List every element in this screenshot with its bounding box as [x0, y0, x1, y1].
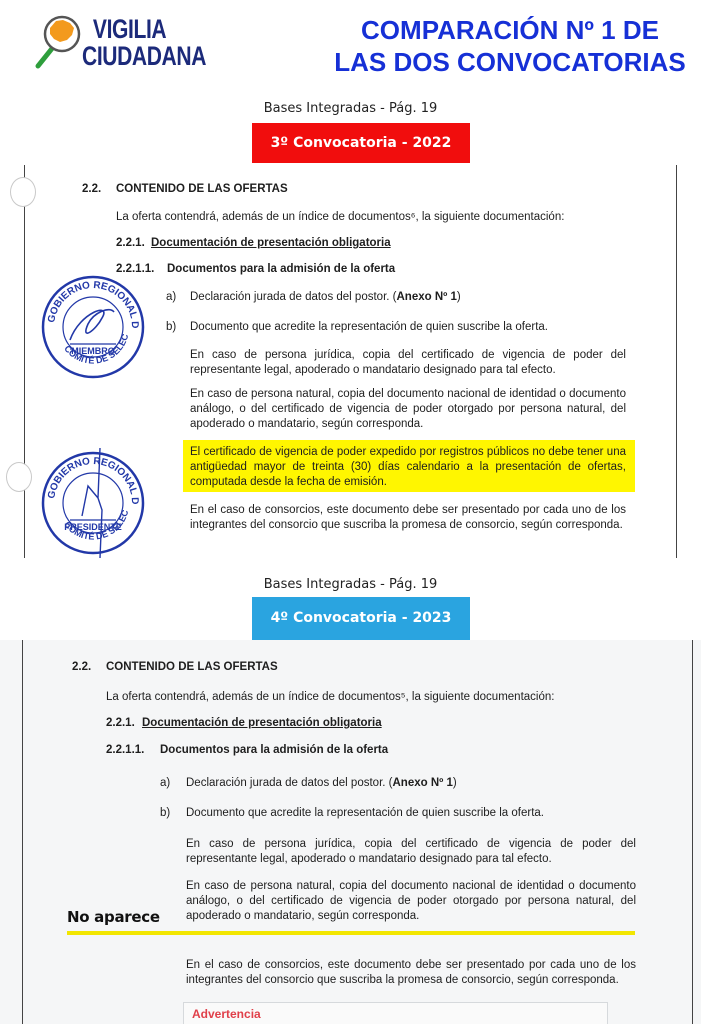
subheading-documentacion: Documentación de presentación obligatori… — [151, 236, 391, 251]
paragraph-consorcios: En el caso de consorcios, este documento… — [190, 503, 626, 533]
magnifier-map-icon — [30, 8, 90, 78]
badge-convocatoria-2023: 4º Convocatoria - 2023 — [252, 597, 470, 640]
item-b-marker: b) — [160, 806, 170, 821]
heading-number: 2.2. — [72, 660, 91, 675]
item-a-marker: a) — [166, 290, 176, 305]
item-a: Declaración jurada de datos del postor. … — [186, 776, 457, 791]
logo-wordmark: VIGILIA CIUDADANA — [82, 16, 206, 70]
item-b-marker: b) — [166, 320, 176, 335]
page-reference-2023: Bases Integradas - Pág. 19 — [0, 577, 701, 592]
page-edge-right — [676, 165, 677, 558]
subsubheading-number: 2.2.1.1. — [106, 743, 144, 758]
intro-text: La oferta contendrá, además de un índice… — [116, 210, 564, 225]
item-b-text: Documento que acredite la representación… — [186, 806, 544, 821]
document-scan-2022: 2.2. CONTENIDO DE LAS OFERTAS La oferta … — [0, 165, 701, 560]
page-title: COMPARACIÓN Nº 1 DE LAS DOS CONVOCATORIA… — [330, 14, 690, 78]
subsubheading-admision: Documentos para la admisión de la oferta — [160, 743, 388, 758]
vigilia-ciudadana-logo: VIGILIA CIUDADANA — [30, 8, 190, 80]
paragraph-consorcios: En el caso de consorcios, este documento… — [186, 958, 636, 988]
advertencia-label: Advertencia — [192, 1007, 261, 1021]
title-line2: LAS DOS CONVOCATORIAS — [330, 46, 690, 78]
page-edge-left — [22, 640, 23, 1024]
subheading-number: 2.2.1. — [116, 236, 145, 251]
page-edge-right — [692, 640, 693, 1024]
page-reference-2022: Bases Integradas - Pág. 19 — [0, 101, 701, 116]
punch-hole — [10, 177, 36, 207]
item-a-annex: Anexo Nº 1 — [396, 291, 456, 303]
subheading-number: 2.2.1. — [106, 716, 135, 731]
item-a-close: ) — [453, 777, 457, 789]
item-a-text: Declaración jurada de datos del postor. … — [190, 291, 396, 303]
item-a: Declaración jurada de datos del postor. … — [190, 290, 461, 305]
svg-text:PRESIDENTE: PRESIDENTE — [64, 522, 122, 532]
logo-line2: CIUDADANA — [82, 43, 206, 70]
intro-text: La oferta contendrá, además de un índice… — [106, 690, 554, 705]
punch-hole — [6, 462, 32, 492]
document-scan-2023: 2.2. CONTENIDO DE LAS OFERTAS La oferta … — [0, 640, 701, 1024]
page-edge-left — [24, 165, 25, 558]
svg-text:GOBIERNO REGIONAL DE PIURA: GOBIERNO REGIONAL DE PIURA — [40, 448, 140, 505]
heading-number: 2.2. — [82, 182, 101, 197]
badge-convocatoria-2022: 3º Convocatoria - 2022 — [252, 123, 470, 163]
heading-contenido: CONTENIDO DE LAS OFERTAS — [106, 660, 278, 675]
paragraph-persona-natural: En caso de persona natural, copia del do… — [186, 879, 636, 924]
paragraph-persona-juridica: En caso de persona jurídica, copia del c… — [190, 348, 626, 378]
paragraph-persona-juridica: En caso de persona jurídica, copia del c… — [186, 837, 636, 867]
paragraph-vigencia-30-dias: El certificado de vigencia de poder expe… — [190, 445, 626, 490]
missing-clause-marker-line — [67, 931, 635, 935]
missing-clause-label: No aparece — [67, 908, 160, 926]
title-line1: COMPARACIÓN Nº 1 DE — [330, 14, 690, 46]
subsubheading-admision: Documentos para la admisión de la oferta — [167, 262, 395, 277]
stamp-miembro: GOBIERNO REGIONAL DE PIURA COMITÉ DE SEL… — [40, 272, 146, 382]
subheading-documentacion: Documentación de presentación obligatori… — [142, 716, 382, 731]
paragraph-persona-natural: En caso de persona natural, copia del do… — [190, 387, 626, 432]
advertencia-box: Advertencia — [183, 1002, 608, 1024]
item-a-marker: a) — [160, 776, 170, 791]
item-b-text: Documento que acredite la representación… — [190, 320, 548, 335]
heading-contenido: CONTENIDO DE LAS OFERTAS — [116, 182, 288, 197]
item-a-annex: Anexo Nº 1 — [392, 777, 452, 789]
svg-text:MIEMBRO: MIEMBRO — [71, 346, 115, 356]
logo-line1: VIGILIA — [93, 16, 206, 43]
stamp-presidente: GOBIERNO REGIONAL DE PIURA COMITÉ DE SEL… — [40, 448, 146, 558]
item-a-text: Declaración jurada de datos del postor. … — [186, 777, 392, 789]
item-a-close: ) — [457, 291, 461, 303]
